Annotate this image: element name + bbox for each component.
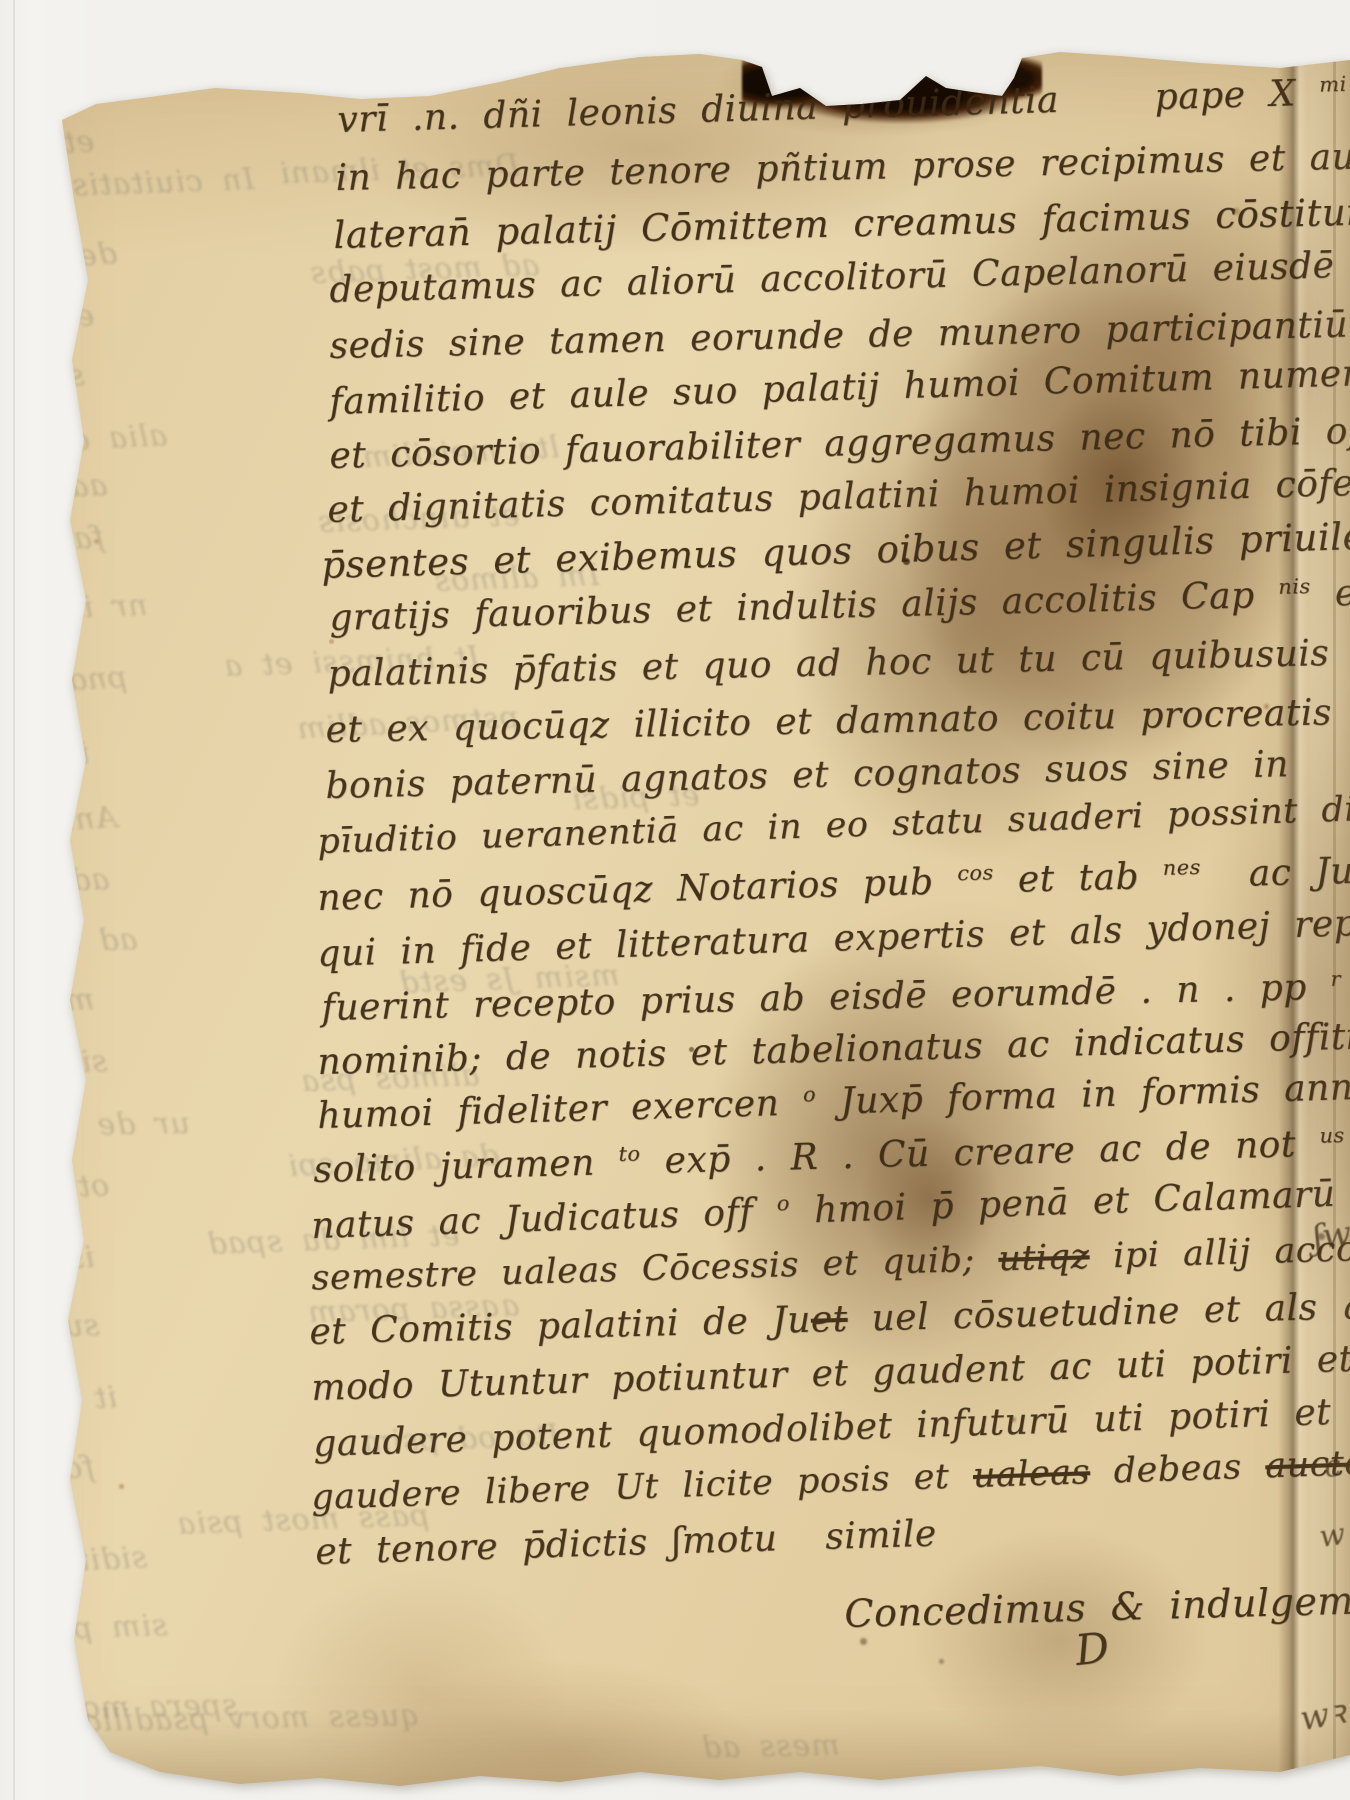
foxing-speckles (0, 0, 3, 3)
paper-wrapper: et sibi annisIn ciuitatisde Januariuset … (0, 0, 1350, 1800)
adjacent-page-ink-mark: ſ. (1325, 1755, 1350, 1794)
manuscript-page: et sibi annisIn ciuitatisde Januariuset … (0, 0, 1350, 1800)
bleedthrough-line: im mossionis (0, 736, 90, 779)
scanned-manuscript: et sibi annisIn ciuitatisde Januariuset … (0, 0, 1350, 1800)
edge-vignette (0, 0, 1350, 1800)
bleedthrough-line: so ad Lucca clesio (0, 358, 85, 404)
